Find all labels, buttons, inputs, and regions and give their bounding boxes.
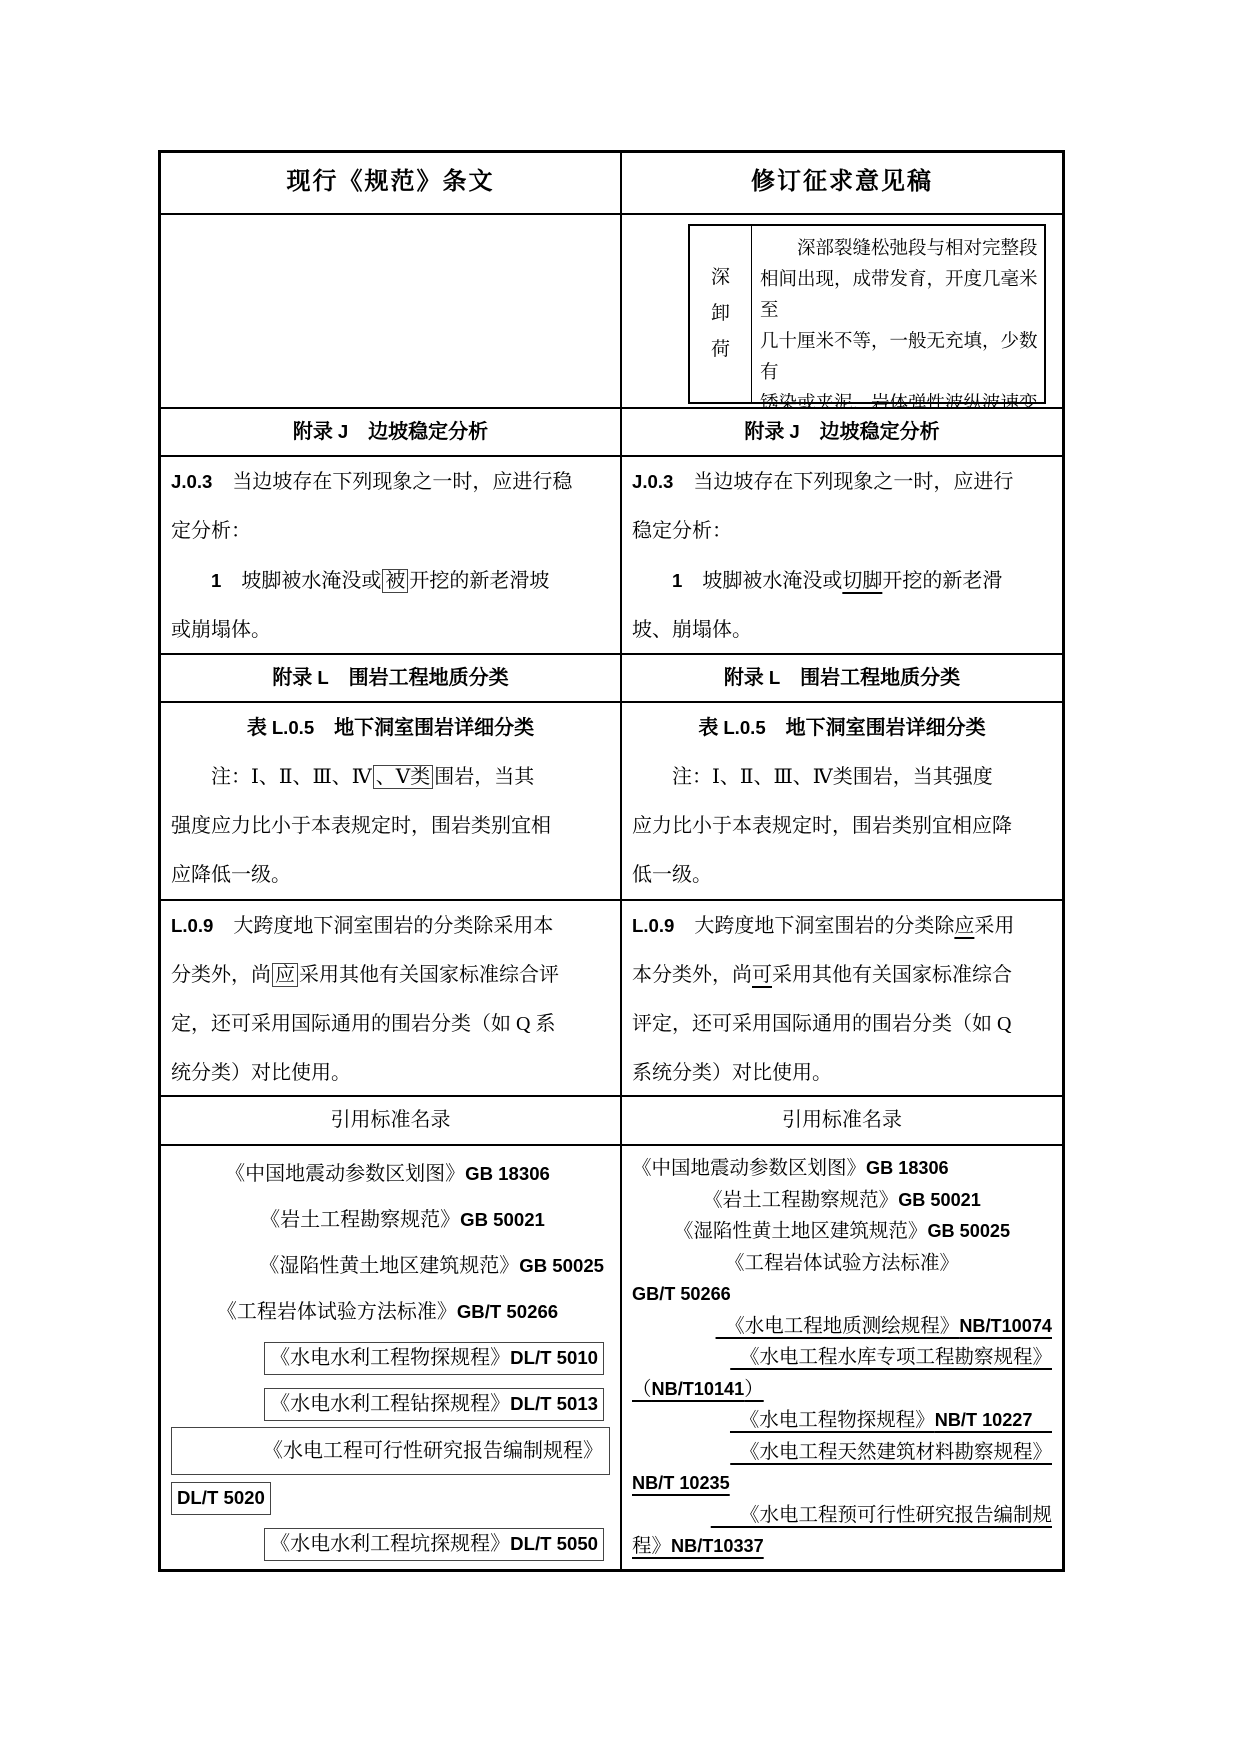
comparison-table: 现行《规范》条文 修订征求意见稿 深卸荷 深部裂缝松弛段与相对完整段相间出现，成… — [158, 150, 1065, 1572]
text-line: 深 — [690, 260, 751, 296]
text-run: 《岩土工程勘察规范》 — [703, 1190, 898, 1211]
text-line: 强度应力比小于本表规定时，围岩类别宜相 — [171, 802, 610, 851]
text-line: 几十厘米不等，一般无充填，少数有 — [760, 327, 1040, 389]
text-line: 卸 — [690, 296, 751, 332]
inserted-text: ） — [744, 1379, 764, 1400]
text-line: L.0.9 大跨度地下洞室围岩的分类除应采用 — [632, 901, 1052, 951]
inserted-text: NB/T 10227 — [935, 1410, 1033, 1430]
inserted-text: NB/T10074 — [959, 1316, 1052, 1336]
inserted-text: 应 — [954, 915, 974, 937]
inserted-text: 《水电工程天然建筑材料勘察规程》 — [730, 1442, 1052, 1463]
deletion-box: 《水电水利工程钻探规程》DL/T 5013 — [264, 1388, 604, 1421]
text-run: 采用其他有关国家标准综合 — [772, 964, 1012, 986]
text-run: 低一级。 — [632, 864, 712, 886]
text-run: 卸 — [711, 303, 730, 324]
text-run: J — [789, 421, 799, 442]
text-run: 坡脚被水淹没或 — [682, 570, 842, 592]
text-line: 《中国地震动参数区划图》GB 18306 — [171, 1151, 610, 1197]
text-run: L.0.9 — [632, 915, 674, 936]
deletion-box: 《水电水利工程坑探规程》DL/T 5050 — [264, 1528, 604, 1561]
text-run: 《中国地震动参数区划图》 — [632, 1158, 866, 1179]
text-run: 大跨度地下洞室围岩的分类除采用本 — [213, 915, 553, 937]
text-run: 围岩，当其 — [434, 766, 534, 788]
text-line: 注：Ⅰ、Ⅱ、Ⅲ、Ⅳ、Ⅴ类围岩，当其 — [171, 753, 610, 802]
table-l05-right: 表 L.0.5 地下洞室围岩详细分类 注：Ⅰ、Ⅱ、Ⅲ、Ⅳ类围岩，当其强度应力比小… — [622, 703, 1062, 899]
text-line: 《水电工程水库专项工程勘察规程》 — [632, 1342, 1052, 1374]
text-run: 采用 — [974, 915, 1014, 937]
text-run: DL/T 5010 — [510, 1347, 598, 1368]
text-run: GB 50025 — [519, 1255, 604, 1276]
text-line: J.0.3 当边坡存在下列现象之一时，应进行 — [632, 457, 1052, 507]
text-run: 深部裂缝松弛段与相对完整段 — [760, 239, 1038, 259]
text-line: 相间出现，成带发育，开度几毫米至 — [760, 265, 1040, 327]
text-line: 表 L.0.5 地下洞室围岩详细分类 — [171, 703, 610, 753]
text-line: 《水电工程天然建筑材料勘察规程》 — [632, 1437, 1052, 1469]
deletion-box: 《水电水利工程物探规程》DL/T 5010 — [264, 1342, 604, 1375]
text-line: 《湿陷性黄土地区建筑规范》GB 50025 — [171, 1243, 610, 1289]
text-run: 附录 — [724, 667, 769, 689]
text-run: 当边坡存在下列现象之一时，应进行 — [673, 471, 1013, 493]
text-run: 荷 — [711, 339, 730, 360]
text-run: DL/T 5020 — [177, 1487, 265, 1508]
header-row: 现行《规范》条文 修订征求意见稿 — [161, 153, 1062, 213]
text-line: L.0.9 大跨度地下洞室围岩的分类除采用本 — [171, 901, 610, 951]
deep-unloading-description: 深部裂缝松弛段与相对完整段相间出现，成带发育，开度几毫米至几十厘米不等，一般无充… — [752, 226, 1044, 402]
inserted-text: NB/T10337 — [671, 1536, 764, 1556]
text-run: L — [317, 667, 328, 688]
text-run: DL/T 5050 — [510, 1533, 598, 1554]
text-run: 《工程岩体试验方法标准》 — [217, 1301, 457, 1323]
deep-unloading-row: 深卸荷 深部裂缝松弛段与相对完整段相间出现，成带发育，开度几毫米至几十厘米不等，… — [161, 213, 1062, 407]
inserted-text: 《水电工程地质测绘规程》 — [716, 1316, 960, 1337]
text-line: NB/T 10235 — [632, 1468, 1052, 1500]
clause-j03-row: J.0.3 当边坡存在下列现象之一时，应进行稳定分析： 1 坡脚被水淹没或被开挖… — [161, 455, 1062, 653]
current-spec-header: 现行《规范》条文 — [161, 153, 622, 213]
text-run: 或崩塌体。 — [171, 619, 271, 641]
text-run: 统分类）对比使用。 — [171, 1062, 351, 1084]
text-run: 附录 — [744, 421, 789, 443]
text-line: GB/T 50266 — [632, 1279, 1052, 1311]
text-line: 定分析： — [171, 507, 610, 556]
text-line: 《水电工程预可行性研究报告编制规 — [632, 1500, 1052, 1532]
deep-unloading-table: 深卸荷 深部裂缝松弛段与相对完整段相间出现，成带发育，开度几毫米至几十厘米不等，… — [688, 224, 1046, 404]
table-l05-row: 表 L.0.5 地下洞室围岩详细分类 注：Ⅰ、Ⅱ、Ⅲ、Ⅳ、Ⅴ类围岩，当其强度应力… — [161, 701, 1062, 899]
text-run: 坡、崩塌体。 — [632, 619, 752, 641]
deep-unloading-label: 深卸荷 — [690, 226, 752, 402]
text-line: 《工程岩体试验方法标准》GB/T 50266 — [171, 1289, 610, 1335]
appendix-j-title-right: 附录 J 边坡稳定分析 — [622, 409, 1062, 455]
text-run: 相间出现，成带发育，开度几毫米至 — [760, 270, 1038, 321]
text-run: 应降低一级。 — [171, 864, 291, 886]
inserted-text: （ — [632, 1379, 652, 1400]
text-run: 坡脚被水淹没或 — [221, 570, 381, 592]
text-line: 应降低一级。 — [171, 851, 610, 899]
text-run: 附录 — [293, 421, 338, 443]
text-line: 荷 — [690, 332, 751, 368]
text-run: 边坡稳定分析 — [800, 421, 940, 443]
clause-l09-row: L.0.9 大跨度地下洞室围岩的分类除采用本分类外，尚应采用其他有关国家标准综合… — [161, 899, 1062, 1095]
text-run: 评定，还可采用国际通用的围岩分类（如 Q — [632, 1013, 1011, 1035]
inserted-text: NB/T 10235 — [632, 1473, 730, 1493]
text-run: 《工程岩体试验方法标准》 — [725, 1253, 959, 1274]
text-line: 应力比小于本表规定时，围岩类别宜相应降 — [632, 802, 1052, 851]
text-line: 附录 L 围岩工程地质分类 — [171, 655, 610, 701]
text-line: 《岩土工程勘察规范》GB 50021 — [632, 1185, 1052, 1217]
text-run: 《水电水利工程钻探规程》 — [270, 1393, 510, 1415]
inserted-text: 《水电工程预可行性研究报告编制规 — [711, 1505, 1052, 1526]
table-l05-left: 表 L.0.5 地下洞室围岩详细分类 注：Ⅰ、Ⅱ、Ⅲ、Ⅳ、Ⅴ类围岩，当其强度应力… — [161, 703, 622, 899]
text-run: 注：Ⅰ、Ⅱ、Ⅲ、Ⅳ类围岩，当其强度 — [632, 766, 993, 788]
text-run: 定分析： — [171, 520, 251, 542]
text-line: J.0.3 当边坡存在下列现象之一时，应进行稳 — [171, 457, 610, 507]
text-run: 《岩土工程勘察规范》 — [230, 1209, 460, 1231]
deleted-text: 、Ⅴ类 — [373, 765, 433, 789]
revised-draft-header: 修订征求意见稿 — [622, 153, 1062, 213]
text-run: 围岩工程地质分类 — [329, 667, 509, 689]
inserted-text: 《水电工程物探规程》 — [730, 1410, 935, 1431]
text-line: 本分类外，尚可采用其他有关国家标准综合 — [632, 951, 1052, 1000]
document-page: 现行《规范》条文 修订征求意见稿 深卸荷 深部裂缝松弛段与相对完整段相间出现，成… — [0, 0, 1240, 1753]
text-line: 《水电工程可行性研究报告编制规程》 — [171, 1427, 610, 1475]
text-run: 地下洞室围岩详细分类 — [766, 717, 986, 739]
refs-header-left: 引用标准名录 — [161, 1097, 622, 1144]
text-line: 《湿陷性黄土地区建筑规范》GB 50025 — [632, 1216, 1052, 1248]
text-line: 《水电工程物探规程》NB/T 10227 — [632, 1405, 1052, 1437]
text-line: 深部裂缝松弛段与相对完整段 — [760, 234, 1040, 265]
text-run: 几十厘米不等，一般无充填，少数有 — [760, 332, 1038, 383]
clause-j03-right: J.0.3 当边坡存在下列现象之一时，应进行稳定分析： 1 坡脚被水淹没或切脚开… — [622, 457, 1062, 653]
text-line: 注：Ⅰ、Ⅱ、Ⅲ、Ⅳ类围岩，当其强度 — [632, 753, 1052, 802]
text-line: 评定，还可采用国际通用的围岩分类（如 Q — [632, 1000, 1052, 1049]
text-run: L.0.5 — [723, 717, 765, 738]
text-run: 《水电水利工程物探规程》 — [270, 1347, 510, 1369]
text-run: GB 18306 — [465, 1163, 550, 1184]
text-line: 《中国地震动参数区划图》GB 18306 — [632, 1153, 1052, 1185]
clause-j03-left: J.0.3 当边坡存在下列现象之一时，应进行稳定分析： 1 坡脚被水淹没或被开挖… — [161, 457, 622, 653]
text-line: 锈染或夹泥，岩体弹性波纵波速变化 — [760, 389, 1040, 407]
text-run: DL/T 5013 — [510, 1393, 598, 1414]
appendix-l-title-left: 附录 L 围岩工程地质分类 — [161, 655, 622, 701]
inserted-text: 《水电工程水库专项工程勘察规程》 — [730, 1347, 1052, 1368]
text-run: 注：Ⅰ、Ⅱ、Ⅲ、Ⅳ — [171, 766, 372, 788]
text-run — [171, 570, 211, 592]
text-run: 附录 — [272, 667, 317, 689]
text-run: GB/T 50266 — [457, 1301, 558, 1322]
text-line: 分类外，尚应采用其他有关国家标准综合评 — [171, 951, 610, 1000]
text-run: GB 18306 — [866, 1158, 949, 1178]
refs-header-row: 引用标准名录 引用标准名录 — [161, 1095, 1062, 1144]
text-run: 地下洞室围岩详细分类 — [314, 717, 534, 739]
text-line: 坡、崩塌体。 — [632, 606, 1052, 653]
text-run: 定，还可采用国际通用的围岩分类（如 Q 系 — [171, 1013, 555, 1035]
text-run: 稳定分析： — [632, 520, 732, 542]
text-line: 附录 L 围岩工程地质分类 — [632, 655, 1052, 701]
refs-header-right: 引用标准名录 — [622, 1097, 1062, 1144]
inserted-text — [1032, 1410, 1052, 1431]
deleted-text: 被 — [382, 569, 408, 593]
text-run: 《水电水利工程坑探规程》 — [270, 1533, 510, 1555]
text-run: 锈染或夹泥，岩体弹性波纵波速变化 — [760, 394, 1038, 407]
text-run: GB 50021 — [460, 1209, 545, 1230]
inserted-text: 可 — [752, 964, 772, 986]
text-run: J.0.3 — [171, 471, 212, 492]
text-run: 采用其他有关国家标准综合评 — [299, 964, 559, 986]
text-run: 大跨度地下洞室围岩的分类除 — [674, 915, 954, 937]
text-run: 1 — [672, 570, 682, 591]
clause-l09-right: L.0.9 大跨度地下洞室围岩的分类除应采用本分类外，尚可采用其他有关国家标准综… — [622, 901, 1062, 1095]
clause-l09-left: L.0.9 大跨度地下洞室围岩的分类除采用本分类外，尚应采用其他有关国家标准综合… — [161, 901, 622, 1095]
text-run: 表 — [247, 717, 272, 739]
text-line: 《水电水利工程物探规程》DL/T 5010 — [171, 1335, 610, 1381]
text-line: 或崩塌体。 — [171, 606, 610, 653]
text-line: 表 L.0.5 地下洞室围岩详细分类 — [632, 703, 1052, 753]
inserted-text: 切脚 — [842, 570, 882, 592]
text-run: 《中国地震动参数区划图》 — [225, 1163, 465, 1185]
text-run: J — [338, 421, 348, 442]
text-line: 附录 J 边坡稳定分析 — [632, 409, 1052, 455]
text-line: 《工程岩体试验方法标准》 — [632, 1248, 1052, 1280]
inserted-text: NB/T10141 — [652, 1379, 745, 1399]
text-run: 应力比小于本表规定时，围岩类别宜相应降 — [632, 815, 1012, 837]
text-run: 围岩工程地质分类 — [780, 667, 960, 689]
text-line: DL/T 5020 — [171, 1475, 610, 1521]
text-run: L — [769, 667, 780, 688]
text-line: 程》NB/T10337 — [632, 1531, 1052, 1563]
text-line: 附录 J 边坡稳定分析 — [171, 409, 610, 455]
text-run: GB 50025 — [927, 1221, 1010, 1241]
text-run: 《湿陷性黄土地区建筑规范》 — [259, 1255, 519, 1277]
appendix-j-title-left: 附录 J 边坡稳定分析 — [161, 409, 622, 455]
text-run: 开挖的新老滑 — [882, 570, 1002, 592]
text-run: 《水电工程可行性研究报告编制规程》 — [263, 1440, 603, 1462]
text-run: 《湿陷性黄土地区建筑规范》 — [674, 1221, 928, 1242]
text-run: 表 — [698, 717, 723, 739]
text-run: 系统分类）对比使用。 — [632, 1062, 832, 1084]
text-run: 深 — [711, 267, 730, 288]
text-line: （NB/T10141） — [632, 1374, 1052, 1406]
text-line: 《水电水利工程钻探规程》DL/T 5013 — [171, 1381, 610, 1427]
text-run: 边坡稳定分析 — [348, 421, 488, 443]
refs-list-right: 《中国地震动参数区划图》GB 18306《岩土工程勘察规范》GB 50021《湿… — [622, 1146, 1062, 1569]
text-run: L.0.5 — [272, 717, 314, 738]
appendix-l-title-row: 附录 L 围岩工程地质分类 附录 L 围岩工程地质分类 — [161, 653, 1062, 701]
text-line: 稳定分析： — [632, 507, 1052, 556]
deep-unloading-right-cell: 深卸荷 深部裂缝松弛段与相对完整段相间出现，成带发育，开度几毫米至几十厘米不等，… — [622, 215, 1062, 407]
text-run: 当边坡存在下列现象之一时，应进行稳 — [212, 471, 572, 493]
deep-unloading-left-cell-empty — [161, 215, 622, 407]
text-line: 定，还可采用国际通用的围岩分类（如 Q 系 — [171, 1000, 610, 1049]
text-run: GB 50021 — [898, 1190, 981, 1210]
text-line: 系统分类）对比使用。 — [632, 1049, 1052, 1095]
text-line: 《水电工程地质测绘规程》NB/T10074 — [632, 1311, 1052, 1343]
text-run — [632, 570, 672, 592]
text-run: 强度应力比小于本表规定时，围岩类别宜相 — [171, 815, 551, 837]
text-line: 低一级。 — [632, 851, 1052, 899]
refs-list-left: 《中国地震动参数区划图》GB 18306 《岩土工程勘察规范》GB 50021《… — [161, 1146, 622, 1569]
text-line: 《水电水利工程坑探规程》DL/T 5050 — [171, 1521, 610, 1567]
appendix-j-title-row: 附录 J 边坡稳定分析 附录 J 边坡稳定分析 — [161, 407, 1062, 455]
deletion-box: DL/T 5020 — [171, 1482, 271, 1515]
text-run: L.0.9 — [171, 915, 213, 936]
deleted-text: 应 — [272, 963, 298, 987]
text-run: GB/T 50266 — [632, 1284, 731, 1304]
text-run: 分类外，尚 — [171, 964, 271, 986]
inserted-text: 程》 — [632, 1536, 671, 1557]
text-line: 1 坡脚被水淹没或被开挖的新老滑坡 — [171, 556, 610, 606]
refs-list-row: 《中国地震动参数区划图》GB 18306 《岩土工程勘察规范》GB 50021《… — [161, 1144, 1062, 1569]
text-run: 1 — [211, 570, 221, 591]
text-line: 《岩土工程勘察规范》GB 50021 — [171, 1197, 610, 1243]
text-run: 开挖的新老滑坡 — [409, 570, 549, 592]
text-run: J.0.3 — [632, 471, 673, 492]
appendix-l-title-right: 附录 L 围岩工程地质分类 — [622, 655, 1062, 701]
text-line: 统分类）对比使用。 — [171, 1049, 610, 1095]
text-run: 本分类外，尚 — [632, 964, 752, 986]
text-line: 1 坡脚被水淹没或切脚开挖的新老滑 — [632, 556, 1052, 606]
